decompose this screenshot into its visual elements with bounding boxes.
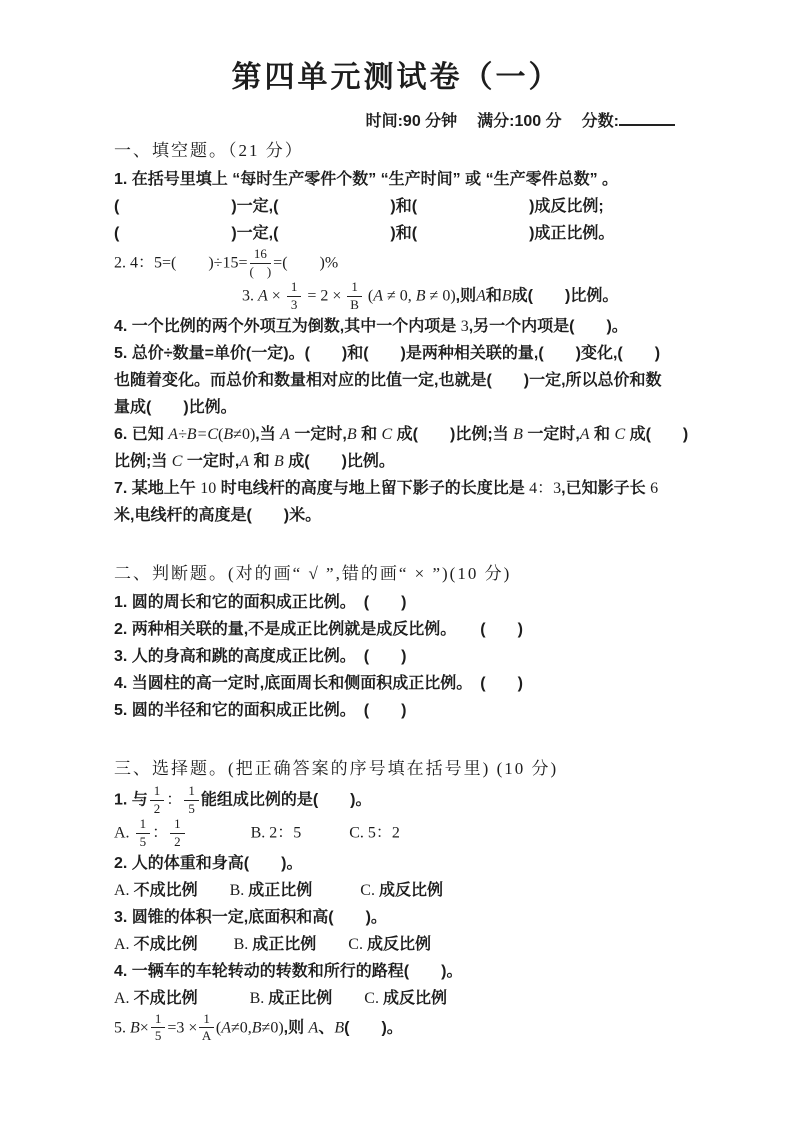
- fill-q7-line-1: 7. 某地上午 10 时电线杆的高度与地上留下影子的长度比是 4：3,已知影子长…: [114, 475, 697, 502]
- text-span: 4. 一个比例的两个外项互为倒数,其中一个内项是: [114, 318, 461, 335]
- text-span: 成( )比例。: [512, 288, 619, 305]
- choice-q3-options: A. 不成比例 B. 成正比例 C. 成反比例: [114, 931, 697, 958]
- fraction-numerator: 16: [250, 247, 272, 264]
- section-spacer: [114, 724, 697, 751]
- judge-q5-line: 5. 圆的半径和它的面积成正比例。 ( ): [114, 697, 697, 724]
- text-span: 时电线杆的高度与地上留下影子的长度比是: [216, 480, 529, 497]
- text-span: 成正比例: [248, 882, 312, 899]
- math-text: C.: [312, 882, 379, 899]
- text-span: 2. 两种相关联的量,不是成正比例就是成反比例。 ( ): [114, 621, 523, 638]
- fraction-numerator: 1: [136, 817, 151, 834]
- math-variable: B: [513, 426, 523, 443]
- math-text: A.: [114, 990, 134, 1007]
- text-span: 成反比例: [367, 936, 431, 953]
- fraction-numerator: 1: [151, 1012, 166, 1029]
- fraction: 15: [184, 784, 199, 817]
- fill-q4-line: 4. 一个比例的两个外项互为倒数,其中一个内项是 3,另一个内项是( )。: [114, 313, 697, 340]
- fraction-denominator: B: [347, 297, 362, 313]
- fill-q1-blank-line-2: ( )一定,( )和( )成正比例。: [114, 220, 697, 247]
- fill-q7-line-2: 米,电线杆的高度是( )米。: [114, 502, 697, 529]
- fraction: 1B: [347, 280, 362, 313]
- fraction-denominator: 5: [136, 834, 151, 850]
- text-span: 1. 与: [114, 791, 148, 808]
- fill-q6-line-1: 6. 已知 A÷B=C(B≠0),当 A 一定时,B 和 C 成( )比例;当 …: [114, 421, 697, 448]
- text-span: 一定时,: [182, 453, 239, 470]
- text-span: 成正比例: [268, 990, 332, 1007]
- text-span: 7. 某地上午: [114, 480, 200, 497]
- text-span: 不成比例: [134, 882, 198, 899]
- judge-q4-line: 4. 当圆柱的高一定时,底面周长和侧面积成正比例。 ( ): [114, 670, 697, 697]
- math-variable: B: [223, 426, 233, 443]
- text-span: 和: [486, 288, 502, 305]
- text-span: 5. 总价÷数量=单价(一定)。( )和( )是两种相关联的量,( )变化,( …: [114, 345, 660, 362]
- math-text: 三、选择题。(把正确答案的序号填在括号里) (10 分): [114, 759, 558, 778]
- math-variable: A: [580, 426, 590, 443]
- score-blank-underline: [619, 108, 675, 126]
- text-span: 也随着变化。而总价和数量相对应的比值一定,也就是( )一定,所以总价和数: [114, 372, 662, 389]
- math-text: A.: [114, 824, 134, 841]
- text-span: ,则: [284, 1019, 309, 1036]
- fraction-numerator: 1: [150, 784, 165, 801]
- text-span: 4. 当圆柱的高一定时,底面周长和侧面积成正比例。 ( ): [114, 675, 523, 692]
- section-2-heading: 二、判断题。(对的画“ √ ”,错的画“ × ”)(10 分): [114, 558, 697, 589]
- math-variable: A: [373, 288, 383, 305]
- text-span: 成( )比例。: [284, 453, 395, 470]
- text-span: 6. 已知: [114, 426, 168, 443]
- text-span: 不成比例: [134, 936, 198, 953]
- math-variable: C: [172, 453, 183, 470]
- fill-q5-line-3: 量成( )比例。: [114, 394, 697, 421]
- text-span: ( )一定,( )和( )成反比例;: [114, 198, 604, 215]
- fraction: 16( ): [250, 247, 272, 280]
- math-variable: C: [614, 426, 625, 443]
- math-text: =( )%: [273, 255, 338, 272]
- fill-q6-line-2: 比例;当 C 一定时,A 和 B 成( )比例。: [114, 448, 697, 475]
- section-1-heading: 一、填空题。（21 分）: [114, 135, 697, 166]
- fraction: 15: [151, 1012, 166, 1045]
- text-span: 成( ): [625, 426, 688, 443]
- judge-q3-line: 3. 人的身高和跳的高度成正比例。 ( ): [114, 643, 697, 670]
- text-span: 5. 圆的半径和它的面积成正比例。 ( ): [114, 702, 406, 719]
- text-span: 成反比例: [379, 882, 443, 899]
- math-text: 一、填空题。（21 分）: [114, 141, 304, 160]
- judge-q2-line: 2. 两种相关联的量,不是成正比例就是成反比例。 ( ): [114, 616, 697, 643]
- math-text: A.: [114, 936, 134, 953]
- fraction: 12: [150, 784, 165, 817]
- math-text: C.: [316, 936, 367, 953]
- choice-q4-options: A. 不成比例 B. 成正比例 C. 成反比例: [114, 985, 697, 1012]
- math-variable: C: [382, 426, 393, 443]
- math-variable: B: [334, 1019, 344, 1036]
- text-span: 成反比例: [383, 990, 447, 1007]
- section-spacer: [114, 529, 697, 556]
- full-score-info: 满分:100 分: [477, 113, 561, 130]
- paper-meta: 时间:90 分钟满分:100 分分数:: [114, 108, 697, 131]
- text-span: ,当: [255, 426, 280, 443]
- math-text: C.: [332, 990, 383, 1007]
- math-text: B.: [198, 936, 253, 953]
- fraction-numerator: 1: [287, 280, 302, 297]
- math-text: ≠0): [233, 426, 255, 443]
- math-text: B.: [198, 882, 249, 899]
- math-variable: A: [221, 1019, 231, 1036]
- math-variable: A: [280, 426, 290, 443]
- text-span: 和: [590, 426, 615, 443]
- fraction-denominator: 2: [170, 834, 185, 850]
- math-text: 10: [200, 480, 216, 497]
- test-paper: 第四单元测试卷（一） 时间:90 分钟满分:100 分分数: 一、填空题。（21…: [0, 0, 793, 1122]
- math-text: ≠0,: [231, 1019, 252, 1036]
- math-variable: A: [309, 1019, 319, 1036]
- choice-q5-line: 5. B×15=3 ×1A(A≠0,B≠0),则 A、B( )。: [114, 1012, 697, 1045]
- choice-q2-line: 2. 人的体重和身高( )。: [114, 850, 697, 877]
- text-span: 米,电线杆的高度是( )米。: [114, 507, 321, 524]
- time-info: 时间:90 分钟: [366, 113, 458, 130]
- math-text: 4：3: [529, 480, 561, 497]
- fill-q3-formula-line: 3. A × 13 = 2 × 1B (A ≠ 0, B ≠ 0),则A和B成(…: [114, 280, 697, 313]
- choice-q3-line: 3. 圆锥的体积一定,底面积和高( )。: [114, 904, 697, 931]
- fraction-denominator: 2: [150, 801, 165, 817]
- choice-q4-line: 4. 一辆车的车轮转动的转数和所行的路程( )。: [114, 958, 697, 985]
- math-variable: B: [416, 288, 426, 305]
- math-text: (: [364, 288, 373, 305]
- text-span: ,已知影子长: [561, 480, 650, 497]
- text-span: 和: [249, 453, 274, 470]
- math-text: 2. 4：5=( )÷15=: [114, 255, 248, 272]
- fraction-numerator: 1: [199, 1012, 214, 1029]
- section-3-heading: 三、选择题。(把正确答案的序号填在括号里) (10 分): [114, 753, 697, 784]
- text-span: 量成( )比例。: [114, 399, 237, 416]
- fraction-numerator: 1: [184, 784, 199, 801]
- math-text: 3.: [242, 288, 258, 305]
- choice-q2-options: A. 不成比例 B. 成正比例 C. 成反比例: [114, 877, 697, 904]
- text-span: ( )一定,( )和( )成正比例。: [114, 225, 614, 242]
- fraction-denominator: A: [199, 1028, 214, 1044]
- math-text: ≠0): [262, 1019, 284, 1036]
- math-variable: A: [476, 288, 486, 305]
- math-variable: B: [130, 1019, 140, 1036]
- text-span: 和: [357, 426, 382, 443]
- text-span: ,另一个内项是( )。: [469, 318, 628, 335]
- math-variable: A÷B=C: [168, 426, 218, 443]
- math-text: ：: [152, 824, 168, 841]
- math-text: A.: [114, 882, 134, 899]
- text-span: ,则: [456, 288, 476, 305]
- math-variable: A: [239, 453, 249, 470]
- math-variable: B: [502, 288, 512, 305]
- math-text: 二、判断题。(对的画“ √ ”,错的画“ × ”)(10 分): [114, 564, 511, 583]
- text-span: 、: [318, 1019, 334, 1036]
- text-span: 3. 圆锥的体积一定,底面积和高( )。: [114, 909, 387, 926]
- math-text: 5.: [114, 1019, 130, 1036]
- math-text: =3 ×: [167, 1019, 197, 1036]
- math-variable: B: [252, 1019, 262, 1036]
- text-span: 1. 圆的周长和它的面积成正比例。 ( ): [114, 594, 406, 611]
- math-text: 3: [461, 318, 469, 335]
- judge-q1-line: 1. 圆的周长和它的面积成正比例。 ( ): [114, 589, 697, 616]
- text-span: 成( )比例;当: [392, 426, 513, 443]
- math-text: ≠ 0,: [383, 288, 416, 305]
- fraction: 1A: [199, 1012, 214, 1045]
- text-span: 一定时,: [290, 426, 347, 443]
- math-text: ×: [268, 288, 285, 305]
- fraction-numerator: 1: [170, 817, 185, 834]
- fraction: 13: [287, 280, 302, 313]
- fill-q1-blank-line-1: ( )一定,( )和( )成反比例;: [114, 193, 697, 220]
- text-span: 4. 一辆车的车轮转动的转数和所行的路程( )。: [114, 963, 462, 980]
- fraction-denominator: 5: [184, 801, 199, 817]
- text-span: 2. 人的体重和身高( )。: [114, 855, 302, 872]
- fraction: 12: [170, 817, 185, 850]
- text-span: 3. 人的身高和跳的高度成正比例。 ( ): [114, 648, 406, 665]
- choice-q1-options: A. 15：12 B. 2：5 C. 5：2: [114, 817, 697, 850]
- text-span: 比例;当: [114, 453, 172, 470]
- text-span: ( )。: [344, 1019, 403, 1036]
- fill-q5-line-2: 也随着变化。而总价和数量相对应的比值一定,也就是( )一定,所以总价和数: [114, 367, 697, 394]
- math-text: B.: [198, 990, 269, 1007]
- fill-q1-line: 1. 在括号里填上 “每时生产零件个数” “生产时间” 或 “生产零件总数” 。: [114, 166, 697, 193]
- math-text: = 2 ×: [303, 288, 345, 305]
- math-text: ≠ 0): [426, 288, 456, 305]
- fill-q2-line: 2. 4：5=( )÷15=16( )=( )%: [114, 247, 697, 280]
- fraction-numerator: 1: [347, 280, 362, 297]
- text-span: 一定时,: [523, 426, 580, 443]
- text-span: 成正比例: [252, 936, 316, 953]
- math-text: ×: [140, 1019, 149, 1036]
- fraction-denominator: 3: [287, 297, 302, 313]
- text-span: 能组成比例的是( )。: [201, 791, 372, 808]
- choice-q1-line: 1. 与12：15能组成比例的是( )。: [114, 784, 697, 817]
- math-text: B. 2：5 C. 5：2: [187, 824, 400, 841]
- math-text: 6: [650, 480, 658, 497]
- text-span: 不成比例: [134, 990, 198, 1007]
- fraction-denominator: 5: [151, 1028, 166, 1044]
- math-variable: B: [274, 453, 284, 470]
- fraction: 15: [136, 817, 151, 850]
- paper-lines: 一、填空题。（21 分）1. 在括号里填上 “每时生产零件个数” “生产时间” …: [114, 135, 697, 1044]
- math-variable: B: [347, 426, 357, 443]
- page-title: 第四单元测试卷（一）: [0, 52, 793, 96]
- text-span: 1. 在括号里填上 “每时生产零件个数” “生产时间” 或 “生产零件总数” 。: [114, 171, 618, 188]
- fill-q5-line-1: 5. 总价÷数量=单价(一定)。( )和( )是两种相关联的量,( )变化,( …: [114, 340, 697, 367]
- fraction-denominator: ( ): [250, 264, 272, 280]
- math-text: ：: [166, 791, 182, 808]
- math-variable: A: [258, 288, 268, 305]
- score-label: 分数:: [582, 113, 619, 130]
